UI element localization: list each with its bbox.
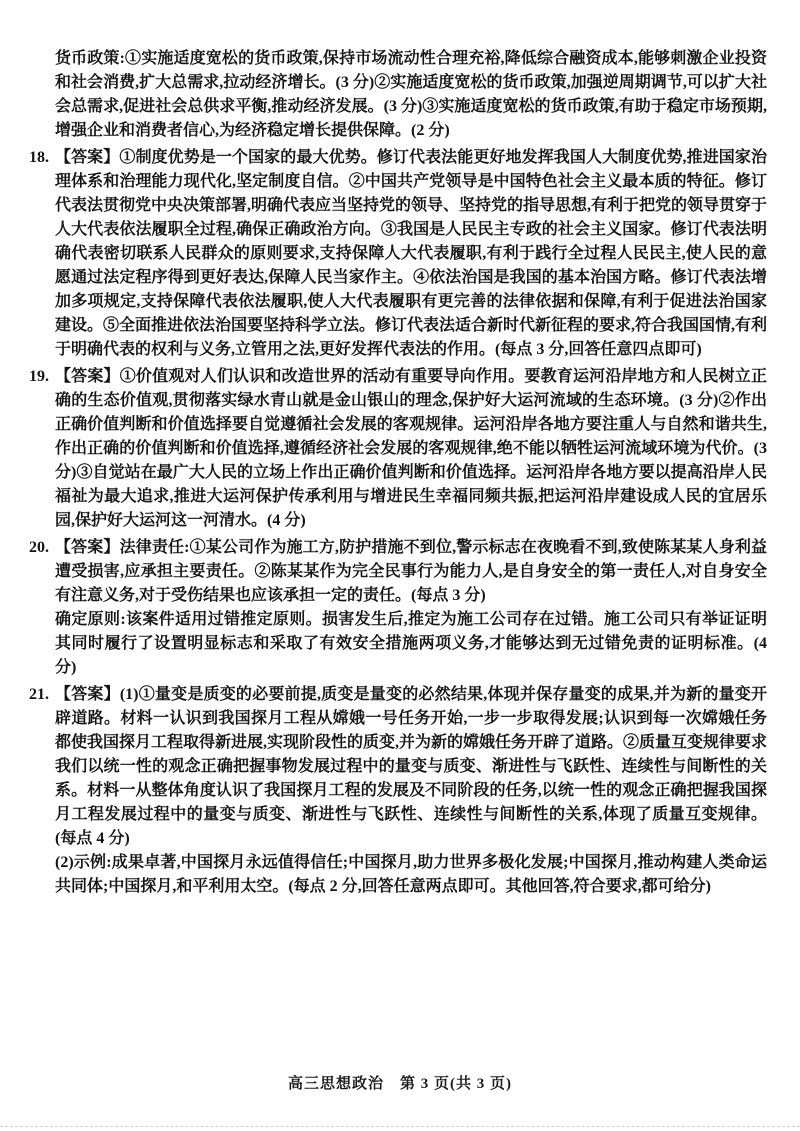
answer-item: 21.【答案】(1)①量变是质变的必要前提,质变是量变的必然结果,体现并保存量变… [55,683,767,899]
answer-paragraph: 【答案】法律责任:①某公司作为施工方,防护措施不到位,警示标志在夜晚看不到,致使… [55,536,767,608]
answer-item: 18.【答案】①制度优势是一个国家的最大优势。修订代表法能更好地发挥我国人大制度… [55,146,767,362]
question-number: 19. [29,365,55,389]
question-number: 21. [29,683,55,707]
answer-paragraph: 确定原则:该案件适用过错推定原则。损害发生后,推定为施工公司存在过错。施工公司只… [55,608,767,680]
answer-item: 货币政策:①实施适度宽松的货币政策,保持市场流动性合理充裕,降低综合融资成本,能… [55,47,767,143]
answer-list: 货币政策:①实施适度宽松的货币政策,保持市场流动性合理充裕,降低综合融资成本,能… [0,0,800,899]
exam-answer-page: 货币政策:①实施适度宽松的货币政策,保持市场流动性合理充裕,降低综合融资成本,能… [0,0,800,1131]
answer-paragraph: 货币政策:①实施适度宽松的货币政策,保持市场流动性合理充裕,降低综合融资成本,能… [55,47,767,143]
bottom-divider [0,1126,800,1127]
page-footer: 高三思想政治 第 3 页(共 3 页) [0,1072,800,1093]
answer-item: 20.【答案】法律责任:①某公司作为施工方,防护措施不到位,警示标志在夜晚看不到… [55,536,767,680]
answer-paragraph: 【答案】(1)①量变是质变的必要前提,质变是量变的必然结果,体现并保存量变的成果… [55,683,767,851]
question-number: 18. [29,146,55,170]
answer-paragraph: 【答案】①制度优势是一个国家的最大优势。修订代表法能更好地发挥我国人大制度优势,… [55,146,767,362]
answer-paragraph: (2)示例:成果卓著,中国探月永远值得信任;中国探月,助力世界多极化发展;中国探… [55,851,767,899]
question-number: 20. [29,536,55,560]
answer-item: 19.【答案】①价值观对人们认识和改造世界的活动有重要导向作用。要教育运河沿岸地… [55,365,767,533]
answer-paragraph: 【答案】①价值观对人们认识和改造世界的活动有重要导向作用。要教育运河沿岸地方和人… [55,365,767,533]
